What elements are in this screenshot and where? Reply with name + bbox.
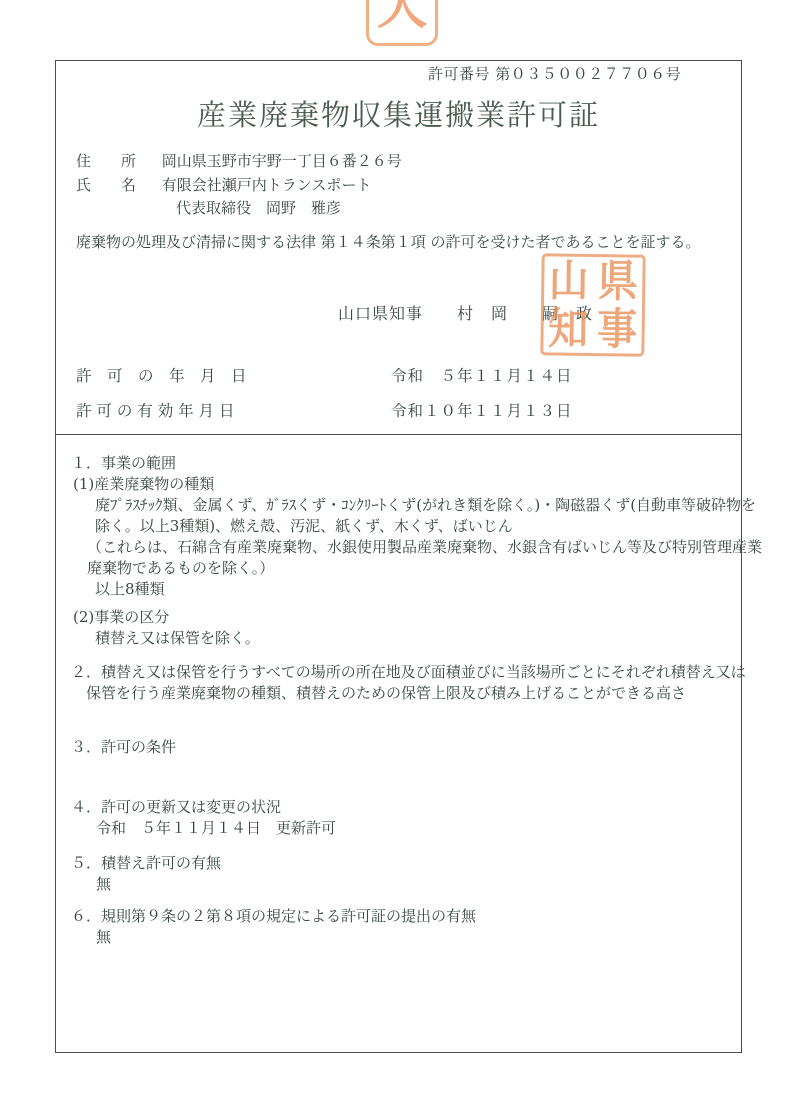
holder-name-row: 氏 名 有限会社瀬戸内トランスポート — [76, 174, 371, 195]
section-5-value: 無 — [96, 874, 731, 895]
representative-line: 代表取締役 岡野 雅彦 — [176, 197, 341, 218]
governor-seal-stamp: 山 県 知 事 — [540, 253, 645, 356]
seal-character: 知 — [542, 301, 594, 357]
issue-date-value: 令和 ５年１１月１４日 — [391, 364, 573, 386]
waste-type-line: 除く。以上3種類)、燃え殻、汚泥、紙くず、木くず、ばいじん — [95, 516, 731, 537]
valid-date-value: 令和１０年１１月１３日 — [391, 399, 573, 421]
permit-number: 許可番号 第０３５００２７７０６号 — [428, 63, 681, 84]
name-label: 氏 名 — [76, 176, 136, 194]
document-frame: 許可番号 第０３５００２７７０６号 産業廃棄物収集運搬業許可証 住 所 岡山県玉… — [55, 60, 742, 1053]
section-2-line: ２．積替え又は保管を行うすべての場所の所在地及び面積並びに当該場所ごとにそれぞれ… — [71, 662, 731, 683]
business-category-line: 積替え又は保管を除く。 — [95, 628, 731, 649]
sections-area: １．事業の範囲 (1)産業廃棄物の種類 廃ﾌﾟﾗｽﾁｯｸ類、金属くず、ｶﾞﾗｽく… — [71, 450, 731, 948]
waste-type-line: 廃ﾌﾟﾗｽﾁｯｸ類、金属くず、ｶﾞﾗｽくず・ｺﾝｸﾘｰﾄくず(がれき類を除く。)… — [95, 495, 731, 516]
section-divider — [56, 434, 741, 435]
section-1-2-heading: (2)事業の区分 — [73, 607, 731, 628]
section-3-heading: ３．許可の条件 — [71, 737, 731, 758]
section-4-value: 令和 ５年１１月１４日 更新許可 — [96, 818, 731, 839]
section-1-heading: １．事業の範囲 — [71, 453, 731, 474]
issue-date-row: 許 可 の 年 月 日 令和 ５年１１月１４日 — [76, 364, 247, 386]
scanned-permit-page: 大 許可番号 第０３５００２７７０６号 産業廃棄物収集運搬業許可証 住 所 岡山… — [0, 0, 790, 1119]
holder-address-row: 住 所 岡山県玉野市宇野一丁目６番２６号 — [76, 150, 402, 171]
document-title: 産業廃棄物収集運搬業許可証 — [56, 93, 741, 134]
section-1-1-heading: (1)産業廃棄物の種類 — [73, 474, 731, 495]
waste-type-line: （これらは、石綿含有産業廃棄物、水銀使用製品産業廃棄物、水銀含有ばいじん等及び特… — [87, 537, 731, 558]
name-value: 有限会社瀬戸内トランスポート — [162, 176, 372, 194]
valid-date-label: 許 可 の 有 効 年 月 日 — [76, 402, 235, 420]
section-2-line: 保管を行う産業廃棄物の種類、積替えのための保管上限及び積み上げることができる高さ — [86, 683, 731, 704]
section-6-value: 無 — [96, 927, 731, 948]
valid-date-row: 許 可 の 有 効 年 月 日 令和１０年１１月１３日 — [76, 399, 235, 421]
top-partial-stamp: 大 — [366, 0, 438, 46]
section-6-heading: ６．規則第９条の２第８項の規定による許可証の提出の有無 — [71, 906, 731, 927]
section-5-heading: ５．積替え許可の有無 — [71, 853, 731, 874]
address-value: 岡山県玉野市宇野一丁目６番２６号 — [162, 152, 402, 170]
certification-statement: 廃棄物の処理及び清掃に関する法律 第１４条第１項 の許可を受けた者であることを証… — [76, 231, 701, 252]
permit-number-value: 第０３５００２７７０６号 — [495, 65, 681, 83]
waste-type-line: 廃棄物であるものを除く。） — [87, 558, 731, 579]
waste-type-line: 以上8種類 — [95, 579, 731, 600]
section-4-heading: ４．許可の更新又は変更の状況 — [71, 797, 731, 818]
seal-character: 事 — [591, 301, 643, 357]
top-stamp-character: 大 — [377, 0, 427, 31]
address-label: 住 所 — [76, 152, 136, 170]
issue-date-label: 許 可 の 年 月 日 — [76, 367, 247, 385]
permit-number-label: 許可番号 — [428, 65, 490, 83]
